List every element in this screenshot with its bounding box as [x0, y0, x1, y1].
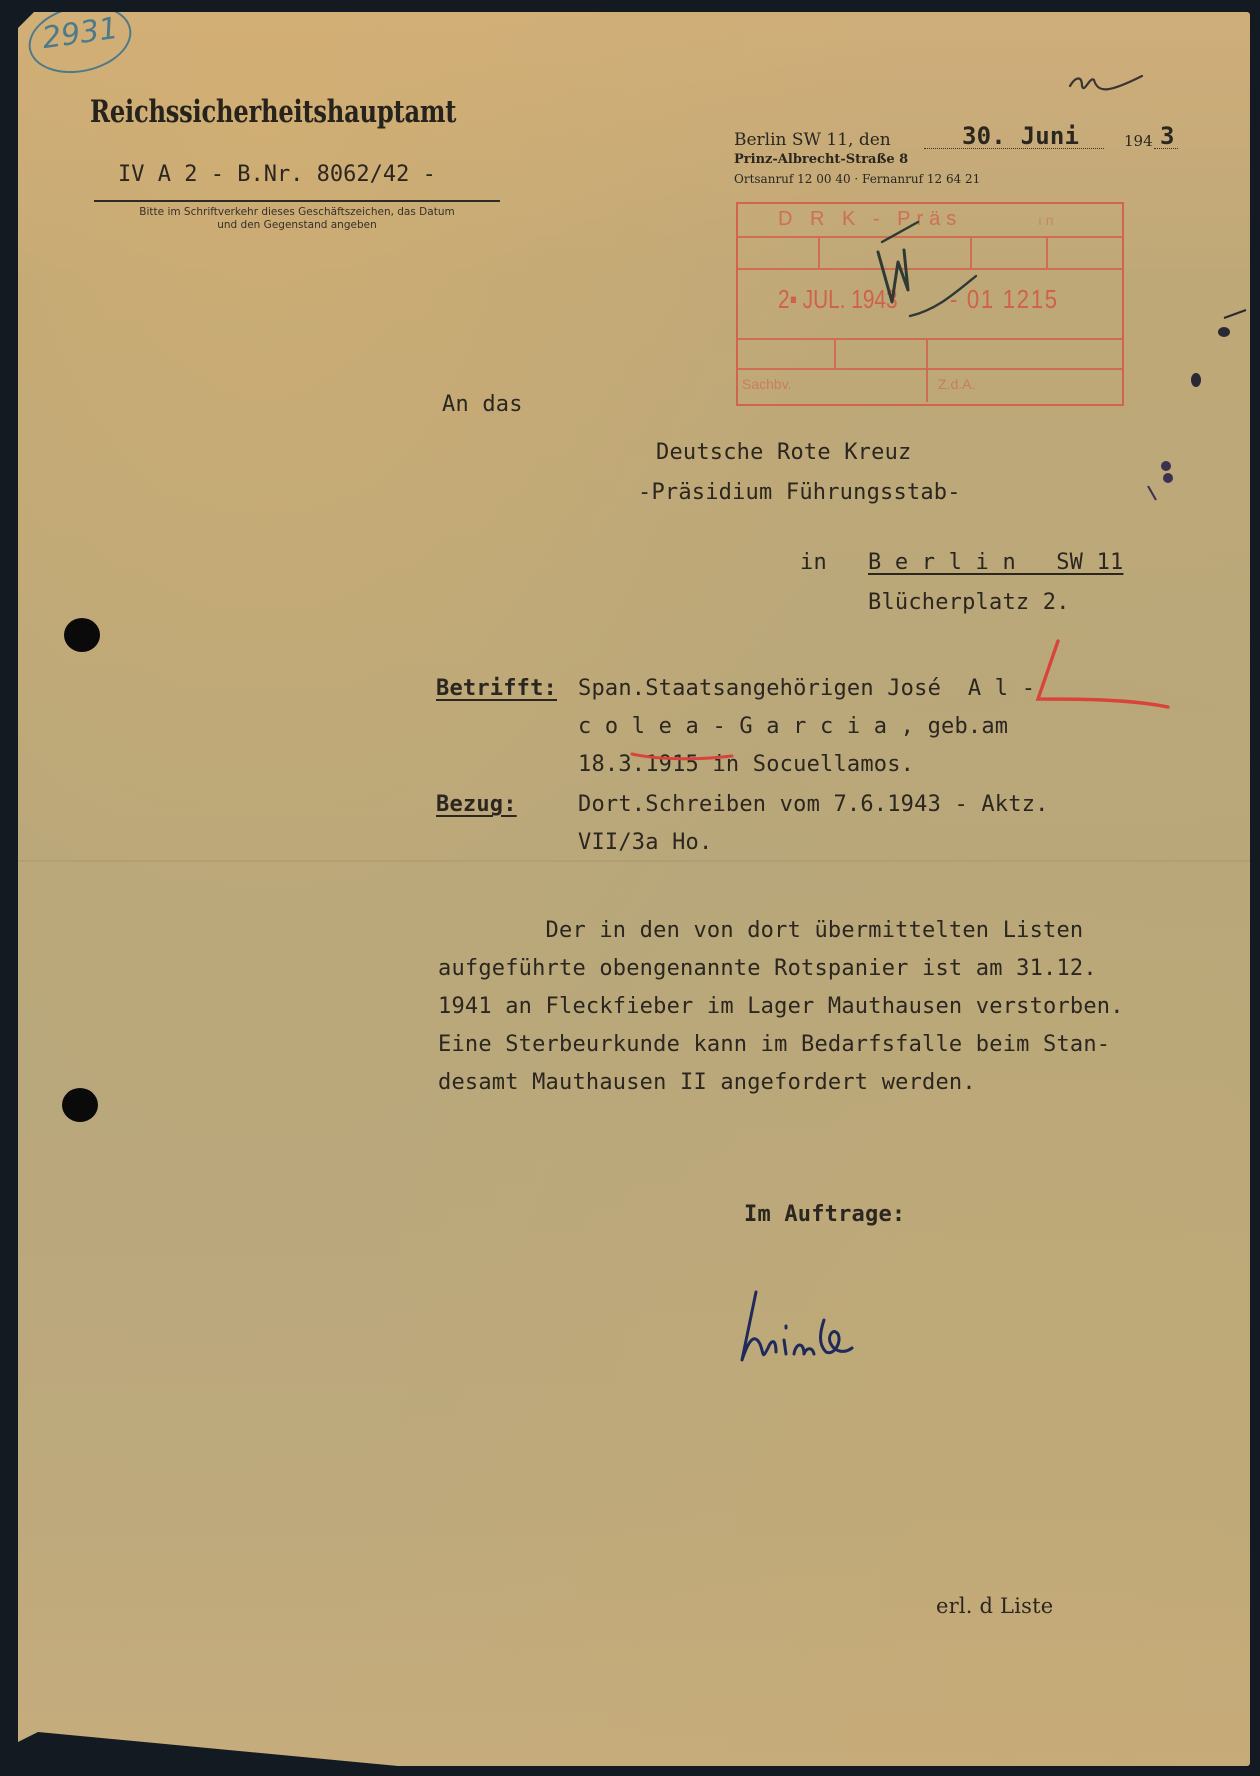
- date-typed: 30. Juni: [962, 122, 1079, 150]
- stamp-cell-zda: Z.d.A.: [938, 376, 975, 392]
- stamp-rule: [1046, 238, 1048, 268]
- punch-hole-top: [64, 618, 100, 652]
- red-underline-mark-icon: [628, 750, 738, 764]
- letterhead-note: Bitte im Schriftverkehr dieses Geschäfts…: [82, 206, 512, 232]
- subject-line2: c o l e a - G a r c i a , geb.am: [578, 714, 1008, 739]
- body-line: aufgeführte obengenannte Rotspanier ist …: [438, 956, 1097, 981]
- stamp-rule: [926, 340, 928, 402]
- letterhead-note-line1: Bitte im Schriftverkehr dieses Geschäfts…: [82, 206, 512, 219]
- closing: Im Auftrage:: [744, 1202, 905, 1227]
- sender-phone: Ortsanruf 12 00 40 · Fernanruf 12 64 21: [734, 172, 980, 186]
- recipient-line2: -Präsidium Führungsstab-: [638, 480, 961, 505]
- recipient-city: B e r l i n SW 11: [868, 550, 1123, 575]
- body-line: Eine Sterbeurkunde kann im Bedarfsfalle …: [438, 1032, 1110, 1057]
- year-printed: 194: [1124, 132, 1153, 150]
- stamp-rule: [818, 238, 820, 268]
- subject-label: Betrifft:: [436, 676, 557, 701]
- handwritten-initial-icon: [858, 214, 998, 334]
- handwritten-page-mark-icon: [1066, 64, 1166, 104]
- subject-line1: Span.Staatsangehörigen José A l -: [578, 676, 1035, 701]
- year-typed: 3: [1160, 122, 1175, 150]
- reference-line2: VII/3a Ho.: [578, 830, 712, 855]
- stamp-rule: [738, 368, 1122, 370]
- reference-label: Bezug:: [436, 792, 517, 817]
- footer-note: erl. d Liste: [936, 1594, 1053, 1618]
- document-page: 2931 Reichssicherheitshauptamt IV A 2 - …: [18, 12, 1250, 1766]
- file-reference: IV A 2 - B.Nr. 8062/42 -: [118, 162, 436, 187]
- recipient-line1: Deutsche Rote Kreuz: [656, 440, 911, 465]
- place-prefix: Berlin SW 11, den: [734, 130, 891, 150]
- recipient-city-prefix: in: [800, 550, 827, 575]
- stamp-rule: [834, 340, 836, 368]
- received-stamp: D R K - Präs ı n 2▪ JUL. 1943 - 01 1215 …: [736, 202, 1124, 406]
- recipient-salutation: An das: [442, 392, 523, 417]
- organization-name: Reichssicherheitshauptamt: [90, 94, 456, 130]
- body-line: desamt Mauthausen II angefordert werden.: [438, 1070, 976, 1095]
- ink-specks-icon: [1128, 302, 1248, 502]
- body-line: 1941 an Fleckfieber im Lager Mauthausen …: [438, 994, 1124, 1019]
- reference-line1: Dort.Schreiben vom 7.6.1943 - Aktz.: [578, 792, 1049, 817]
- body-line: Der in den von dort übermittelten Listen: [438, 918, 1083, 943]
- letterhead-note-line2: und den Gegenstand angeben: [82, 219, 512, 232]
- recipient-street: Blücherplatz 2.: [868, 590, 1070, 615]
- stamp-rule: [738, 338, 1122, 340]
- sender-address: Prinz-Albrecht-Straße 8: [734, 152, 908, 167]
- stamp-header-tail: ı n: [1038, 212, 1054, 228]
- stamp-cell-sachbearbeiter: Sachbv.: [742, 376, 792, 392]
- signature-icon: [734, 1282, 934, 1372]
- punch-hole-bottom: [62, 1088, 98, 1122]
- place-date-line: Berlin SW 11, den 30. Juni 194 3: [734, 124, 1214, 154]
- letterhead-divider: [94, 200, 500, 202]
- red-pencil-mark-icon: [1008, 637, 1178, 717]
